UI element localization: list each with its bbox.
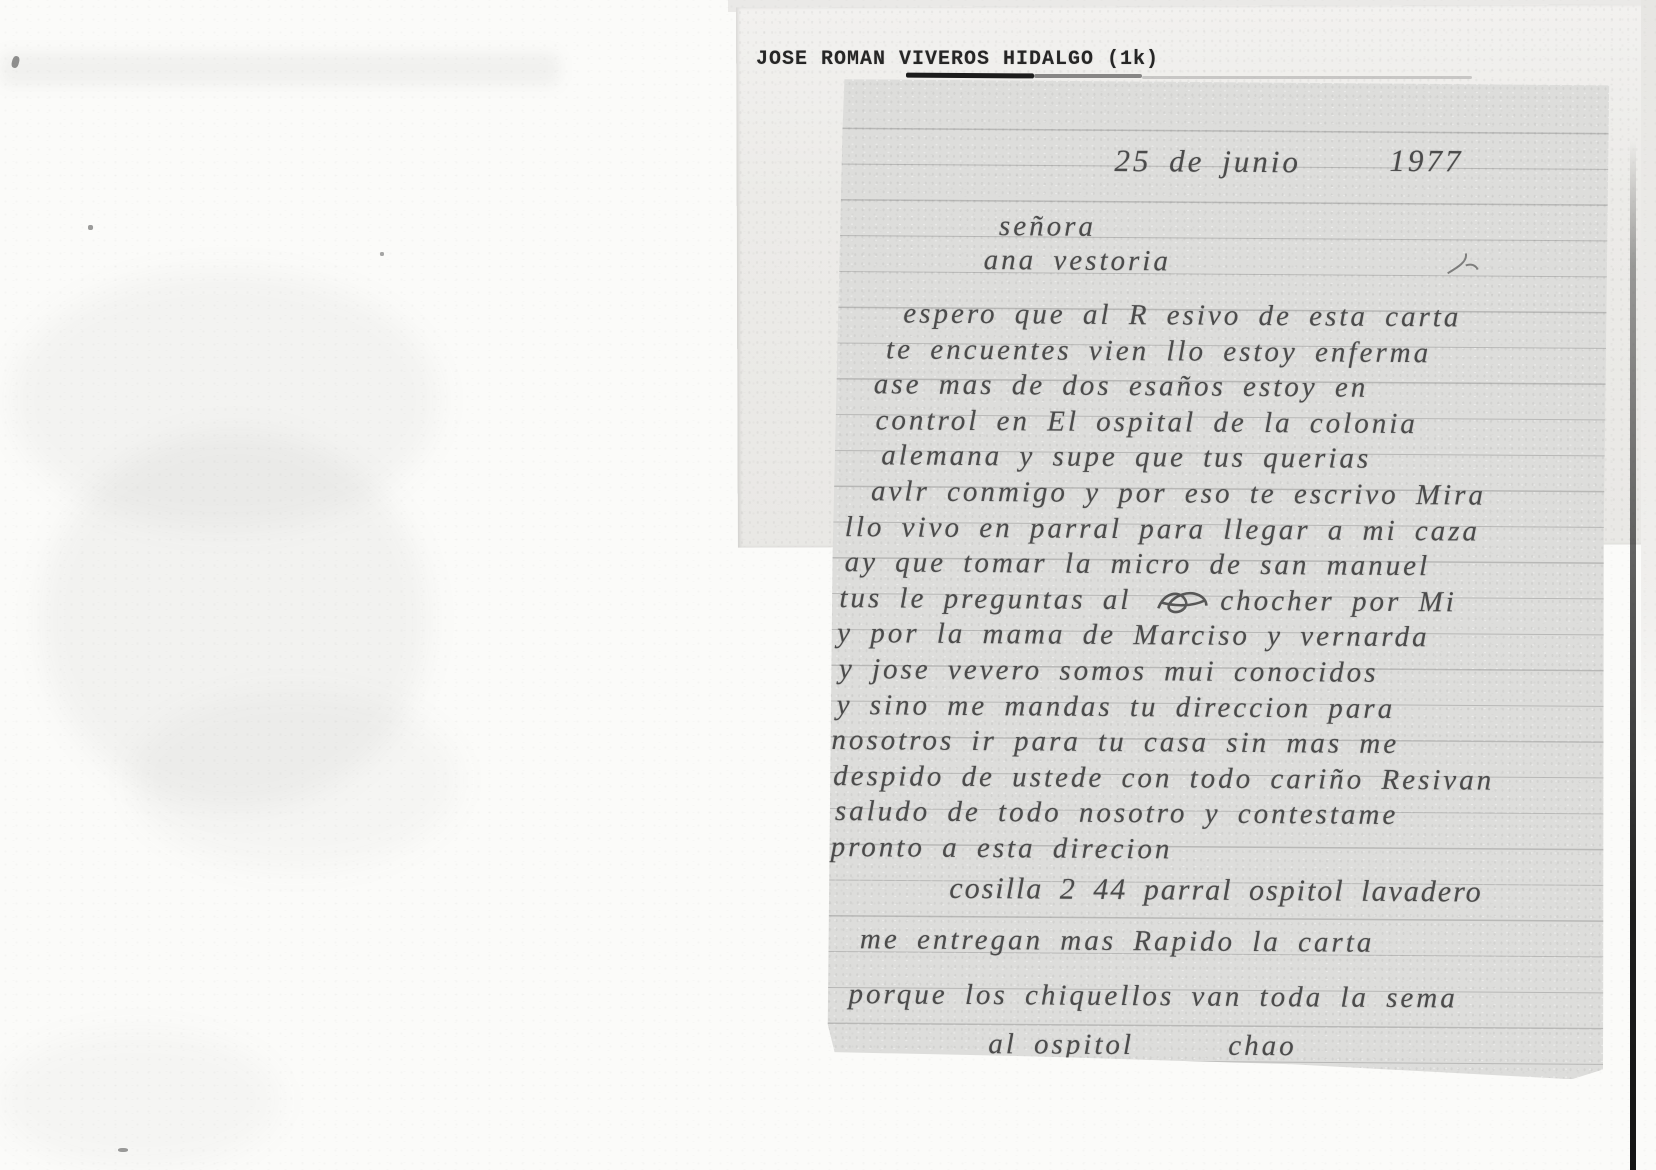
smudge-streak [0, 52, 560, 86]
body-line: alemana y supe que tus querias [881, 439, 1371, 475]
crossed-out-word-scribble [1154, 586, 1210, 618]
body-line: control en El ospital de la colonia [875, 404, 1417, 441]
body-line: pronto a esta direcion [831, 831, 1173, 866]
ink-speck [380, 252, 384, 256]
letter-year: 1977 [1389, 143, 1463, 180]
salutation-name: ana vestoria [984, 244, 1171, 278]
ps-line: me entregan mas Rapido la carta [860, 923, 1375, 960]
right-margin-strip [1641, 0, 1656, 760]
body-line: avlr conmigo y por eso te escrivo Mira [871, 475, 1486, 512]
body-line: y sino me mandas tu direccion para [837, 689, 1396, 726]
body-line: saludo de todo nosotro y contestame [835, 795, 1399, 832]
body-line-scratch-pre: tus le preguntas al [839, 582, 1131, 617]
body-line: y jose vevero somos mui conocidos [839, 653, 1379, 690]
scanned-letter-page: JOSE ROMAN VIVEROS HIDALGO (1k) 25 de ju… [0, 0, 1656, 1170]
body-line-scratch-post: chocher por Mi [1220, 585, 1457, 620]
header-underline [906, 73, 1034, 79]
ink-speck [118, 1148, 128, 1152]
body-line: despido de ustede con todo cariño Resiva… [833, 760, 1494, 798]
ink-speck [88, 225, 93, 230]
salutation-title: señora [999, 210, 1096, 244]
header-underline [1034, 74, 1142, 78]
body-line: y por la mama de Marciso y vernarda [837, 617, 1430, 654]
letter-date: 25 de junio [1114, 143, 1301, 180]
header-underline-streak [1142, 76, 1472, 79]
letter-paper: 25 de junio 1977 señora ana vestoria esp… [825, 79, 1610, 1079]
body-line: espero que al R esivo de esta carta [903, 298, 1461, 335]
address-line: cosilla 2 44 parral ospitol lavadero [949, 872, 1483, 910]
smudge-blob [130, 690, 460, 870]
closing-right: chao [1228, 1030, 1297, 1063]
body-line: llo vivo en parral para llegar a mi caza [845, 511, 1480, 548]
body-line: nosotros ir para tu casa sin mas me [831, 724, 1399, 761]
copier-edge-shadow-line [1630, 140, 1636, 1170]
body-line: ay que tomar la micro de san manuel [845, 546, 1431, 583]
smudge-blob [0, 1030, 280, 1170]
body-line: te encuentes vien llo estoy enferma [886, 333, 1431, 370]
body-line: ase mas de dos esaños estoy en [874, 368, 1369, 404]
ps-line: porque los chiquellos van toda la sema [848, 978, 1457, 1015]
pen-flourish [1446, 251, 1480, 277]
typed-header-label: JOSE ROMAN VIVEROS HIDALGO (1k) [756, 48, 1159, 71]
closing-left: al ospitol [988, 1028, 1134, 1062]
